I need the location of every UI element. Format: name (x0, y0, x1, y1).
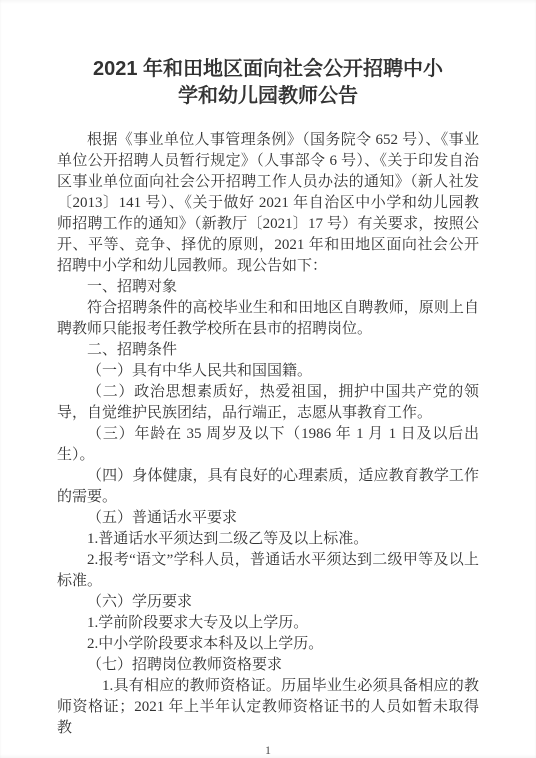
paragraph: 2.报考“语文”学科人员，普通话水平须达到二级甲等及以上标准。 (57, 550, 479, 592)
paragraph: （四）身体健康，具有良好的心理素质，适应教育教学工作的需要。 (57, 466, 479, 508)
paragraph: 根据《事业单位人事管理条例》（国务院令 652 号）、《事业单位公开招聘人员暂行… (57, 130, 479, 277)
paragraph: （一）具有中华人民共和国国籍。 (57, 361, 479, 382)
paragraph: （七）招聘岗位教师资格要求 (57, 655, 479, 676)
section-heading: 二、招聘条件 (57, 340, 479, 361)
section-heading: 一、招聘对象 (57, 277, 479, 298)
paragraph: 1.具有相应的教师资格证。历届毕业生必须具备相应的教师资格证；2021 年上半年… (57, 676, 479, 739)
paragraph: 1.学前阶段要求大专及以上学历。 (57, 613, 479, 634)
document-title: 2021 年和田地区面向社会公开招聘中小学和幼儿园教师公告 (89, 56, 447, 110)
paragraph: 2.中小学阶段要求本科及以上学历。 (57, 634, 479, 655)
document-body: 根据《事业单位人事管理条例》（国务院令 652 号）、《事业单位公开招聘人员暂行… (57, 130, 479, 739)
paragraph: （六）学历要求 (57, 592, 479, 613)
paragraph: （三）年龄在 35 周岁及以下（1986 年 1 月 1 日及以后出生）。 (57, 424, 479, 466)
document-page: 2021 年和田地区面向社会公开招聘中小学和幼儿园教师公告 根据《事业单位人事管… (0, 0, 536, 758)
paragraph: 1.普通话水平须达到二级乙等及以上标准。 (57, 529, 479, 550)
page-number: 1 (57, 742, 479, 758)
paragraph: （二）政治思想素质好，热爱祖国，拥护中国共产党的领导，自觉维护民族团结，品行端正… (57, 382, 479, 424)
paragraph: （五）普通话水平要求 (57, 508, 479, 529)
paragraph: 符合招聘条件的高校毕业生和和田地区自聘教师，原则上自聘教师只能报考任教学校所在县… (57, 298, 479, 340)
